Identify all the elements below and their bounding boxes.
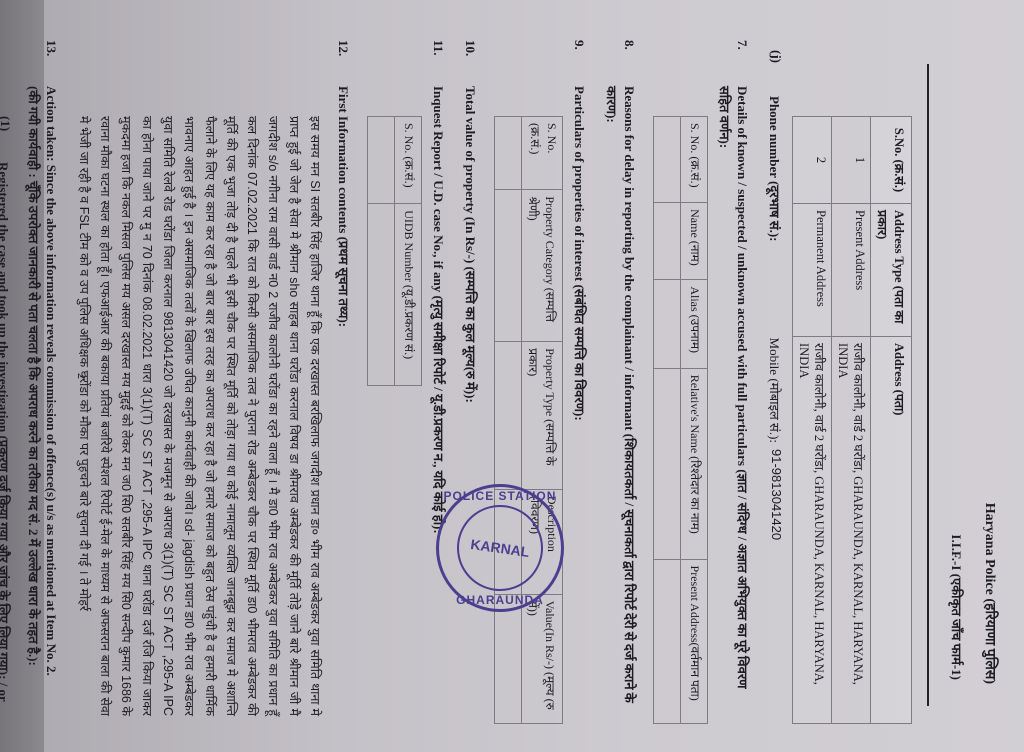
section-7: 7. Details of known / suspected / unknow… <box>716 40 752 716</box>
form-name: I.I.F.-I (एकीकृत जाँच फार्म-1) <box>948 534 966 680</box>
table-row: 2 Permanent Address राजीव कालोनी, वार्ड … <box>793 117 832 724</box>
column-header: S. No. (क्र.सं.) <box>522 117 563 190</box>
item-index: (j) <box>766 50 784 96</box>
cell-sno: 2 <box>793 117 832 204</box>
police-station-stamp: POLICE STATION KARNAL GHARAUNDA <box>436 484 564 612</box>
section-12: 12. First Information contents (प्रथम सू… <box>335 40 353 716</box>
section-number: 9. <box>571 40 587 86</box>
cell-address: राजीव कालोनी, वार्ड 2 घरोंडा, GHARAUNDA,… <box>793 337 832 724</box>
column-header: Address Type (पता का प्रकार) <box>871 204 912 337</box>
section-8: 8. Reasons for delay in reporting by the… <box>603 40 639 716</box>
column-header: Alias (उपनाम) <box>681 280 708 368</box>
section-number: 11. <box>430 40 446 86</box>
column-header: S.No. (क्र.सं.) <box>871 117 912 204</box>
table-row: 1 Present Address राजीव कालोनी, वार्ड 2 … <box>832 117 871 724</box>
action-hindi-text: (की गयी कार्यवाही : चूँकि उपरोक्त जानकार… <box>26 86 41 666</box>
page-number: 2 <box>74 0 89 752</box>
accused-table: S. No. (क्र.सं.) Name (नाम) Alias (उपनाम… <box>653 116 708 724</box>
table-row <box>495 117 522 724</box>
section-label: Inquest Report / U.D. case No., if any (… <box>430 86 448 534</box>
fir-document-page: Haryana Police (हरियाणा पुलिस) I.I.F.-I … <box>44 0 1024 752</box>
cell <box>368 117 395 204</box>
stamp-top-text: POLICE STATION <box>439 489 561 503</box>
item-index: (1) <box>0 116 13 162</box>
section-label: Particulars of properties of interest (स… <box>571 86 589 421</box>
section-number: 7. <box>734 40 750 86</box>
header-divider <box>927 64 929 706</box>
stamp-center-text: KARNAL <box>451 499 548 596</box>
property-table: S. No. (क्र.सं.) Property Category (सम्प… <box>494 116 563 724</box>
column-header: Relative's Name (रिश्तेदार का नाम) <box>681 368 708 559</box>
table-row <box>654 117 681 724</box>
phone-row: (j) Phone number (दूरभाष सं.): Mobile (म… <box>766 50 784 716</box>
column-header: Property Category (सम्पत्ति श्रेणी) <box>522 190 563 342</box>
cell <box>495 117 522 190</box>
column-header: Property Type (सम्पत्ति के प्रकार) <box>522 342 563 490</box>
mobile-value: 91-9813041420 <box>766 449 784 540</box>
organization-title: Haryana Police (हरियाणा पुलिस) <box>981 503 1000 684</box>
section-9: 9. Particulars of properties of interest… <box>571 40 589 716</box>
cell <box>495 190 522 342</box>
cell-address: राजीव कालोनी, वार्ड 2 घरोंडा, GHARAUNDA,… <box>832 337 871 724</box>
mobile-label: Mobile (मोबाइल सं.): <box>766 338 784 444</box>
action-item: (1) Registered the case and took up the … <box>0 116 13 716</box>
table-row <box>368 117 395 386</box>
cell-address-type: Permanent Address <box>793 204 832 337</box>
section-label: Details of known / suspected / unknown a… <box>716 86 752 716</box>
cell <box>654 280 681 368</box>
action-hindi-label: (की गयी कार्यवाही : चूँकि उपरोक्त जानकार… <box>25 40 43 716</box>
cell <box>368 204 395 386</box>
cell-sno: 1 <box>832 117 871 204</box>
stamp-bottom-text: GHARAUNDA <box>439 593 561 607</box>
section-10: 10. Total value of property (In Rs/-) (स… <box>462 40 480 716</box>
cell <box>495 342 522 490</box>
column-header: Address (पता) <box>871 337 912 724</box>
table-header-row: S. No. (क्र.सं.) UIDB Number (यू.डी.प्रक… <box>395 117 422 386</box>
section-number: 10. <box>462 40 478 86</box>
table-header-row: S. No. (क्र.सं.) Name (नाम) Alias (उपनाम… <box>681 117 708 724</box>
cell <box>654 368 681 559</box>
section-label: Reasons for delay in reporting by the co… <box>603 86 639 716</box>
section-label: First Information contents (प्रथम सूचना … <box>335 86 353 327</box>
cell <box>654 203 681 280</box>
first-information-text: इस समय मन SI सतबीर सिंह हाजिर थाना हूँ क… <box>73 116 325 716</box>
uidb-table: S. No. (क्र.सं.) UIDB Number (यू.डी.प्रक… <box>367 116 422 386</box>
column-header: UIDB Number (यू.डी.प्रकरण सं.) <box>395 204 422 386</box>
section-number: 8. <box>621 40 637 86</box>
cell <box>495 594 522 723</box>
cell <box>654 117 681 203</box>
section-11: 11. Inquest Report / U.D. case No., if a… <box>430 40 448 716</box>
section-label: Action taken: Since the above informatio… <box>43 86 59 676</box>
section-number: 13. <box>43 40 59 86</box>
column-header: S. No. (क्र.सं.) <box>681 117 708 203</box>
column-header: Name (नाम) <box>681 203 708 280</box>
cell <box>654 559 681 723</box>
address-table: S.No. (क्र.सं.) Address Type (पता का प्र… <box>792 116 912 724</box>
section-label: Total value of property (In Rs/-) (सम्पत… <box>462 86 480 403</box>
document-header: Haryana Police (हरियाणा पुलिस) I.I.F.-I … <box>912 40 1024 716</box>
section-13: 13. Action taken: Since the above inform… <box>43 40 59 716</box>
table-header-row: S.No. (क्र.सं.) Address Type (पता का प्र… <box>871 117 912 724</box>
section-number: 12. <box>335 40 351 86</box>
phone-label: Phone number (दूरभाष सं.): <box>766 96 784 242</box>
table-header-row: S. No. (क्र.सं.) Property Category (सम्प… <box>522 117 563 724</box>
column-header: Value(In Rs/-) (मूल्य (रु में)) <box>522 594 563 723</box>
cell-address-type: Present Address <box>832 204 871 337</box>
column-header: S. No. (क्र.सं.) <box>395 117 422 204</box>
item-text: Registered the case and took up the inve… <box>0 162 13 716</box>
column-header: Present Address(वर्तमान पता) <box>681 559 708 723</box>
